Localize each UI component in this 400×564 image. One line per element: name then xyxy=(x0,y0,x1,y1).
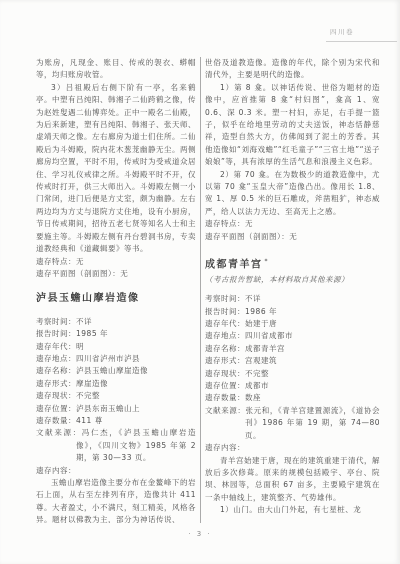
meta-row-era: 遗存年代：明 xyxy=(36,341,196,353)
meta-row-form: 遗存形式：摩崖造像 xyxy=(36,378,196,390)
meta-row-survey-time: 考察时间：不详 xyxy=(205,293,380,305)
meta-row-name: 遗存名称：泸县玉蟾山摩崖造像 xyxy=(36,365,196,377)
meta-row-form: 遗存形式：宫观建筑 xyxy=(205,355,380,367)
section-asterisk: * xyxy=(265,258,270,265)
running-header-title: 四川卷 xyxy=(330,27,354,36)
list-item-1: 1）第 8 龛。以神话传说、世俗为题材的造像中，应首推第 8 龛“村妇图”，龛高… xyxy=(205,82,380,169)
meta-row-quantity: 遗存数量：411 尊 xyxy=(36,415,196,427)
meta-row-condition: 遗存现状：不完整 xyxy=(36,390,196,402)
meta-row-condition: 遗存现状：不完整 xyxy=(205,368,380,380)
plan-line: 遗存平面图（剖面图）：无 xyxy=(36,268,196,280)
meta-row-source: 文献来源：冯仁杰，《泸县玉蟾山摩岩造像》，《四川文物》1985 年第 2 期，第… xyxy=(36,427,196,464)
section-title-text: 成都青羊宫 xyxy=(205,259,263,270)
left-column: 为账房，凡现金、账目、传戒的袈衣、蟒帽等，均归账房收管。 3）吕祖殿后右侧下阶有… xyxy=(36,57,196,523)
right-column: 世俗及道教造像。造像的年代，除个别为宋代和清代外，主要是明代的造像。 1）第 8… xyxy=(205,57,380,523)
section-title-qingyanggong: 成都青羊宫* xyxy=(205,256,380,272)
plan-line: 遗存平面图（剖面图）：无 xyxy=(205,231,380,243)
features-line: 遗存特点：无 xyxy=(36,256,196,268)
meta-row-quantity: 遗存数量：数座 xyxy=(205,392,380,404)
content-paragraph: 玉蟾山摩岩造像主要分布在金鳌峰下的岩石上面，从右至左排列有序，造像共计 411 … xyxy=(36,477,196,523)
page-number: · 3 · xyxy=(0,530,400,538)
book-page: 四川卷 为账房，凡现金、账目、传戒的袈衣、蟒帽等，均归账房收管。 3）吕祖殿后右… xyxy=(0,0,400,564)
section-note: （考古报告暂缺，本材料取自其他来源） xyxy=(205,274,380,286)
paragraph-continuation: 为账房，凡现金、账目、传戒的袈衣、蟒帽等，均归账房收管。 xyxy=(36,57,196,82)
running-header-rule xyxy=(326,41,397,42)
meta-row-position: 遗存位置：成都市 xyxy=(205,380,380,392)
meta-row-name: 遗存名称：成都青羊宫 xyxy=(205,343,380,355)
list-item-2: 2）第 70 龛。在为数极少的道教造像中，尤以第 70 龛“玉皇大帝”造像凸出。… xyxy=(205,169,380,219)
metadata-list: 考察时间：不详 报告时间：1985 年 遗存年代：明 遗存地点：四川省泸州市泸县… xyxy=(36,316,196,465)
text-columns: 为账房，凡现金、账目、传戒的袈衣、蟒帽等，均归账房收管。 3）吕祖殿后右侧下阶有… xyxy=(36,57,380,523)
column-divider xyxy=(200,57,201,523)
meta-row-survey-time: 考察时间：不详 xyxy=(36,316,196,328)
content-label: 遗存内容： xyxy=(36,465,196,477)
meta-row-location: 遗存地点：四川省成都市 xyxy=(205,330,380,342)
metadata-list: 考察时间：不详 报告时间：1986 年 遗存年代：始建于唐 遗存地点：四川省成都… xyxy=(205,293,380,442)
content-paragraph: 青羊宫始建于唐，现在的建筑重建于清代，解放后多次修葺。原来的规模包括殿宇、亭台、… xyxy=(205,455,380,505)
meta-row-position: 遗存位置：泸县东南玉蟾山上 xyxy=(36,403,196,415)
section-title-luxian: 泸县玉蟾山摩岩造像 xyxy=(36,293,196,305)
meta-row-report-time: 报告时间：1985 年 xyxy=(36,328,196,340)
content-label: 遗存内容： xyxy=(205,442,380,454)
paragraph-continuation: 世俗及道教造像。造像的年代，除个别为宋代和清代外，主要是明代的造像。 xyxy=(205,57,380,82)
meta-row-source: 文献来源：张元和，《青羊宫建置源流》，《道协会刊》1986 年第 19 期，第 … xyxy=(205,405,380,442)
content-paragraph-shanmen: 1）山门。由大山门外起，有七星桩、龙 xyxy=(205,504,380,516)
meta-row-location: 遗存地点：四川省泸州市泸县 xyxy=(36,353,196,365)
meta-row-era: 遗存年代：始建于唐 xyxy=(205,318,380,330)
meta-row-report-time: 报告时间：1986 年 xyxy=(205,306,380,318)
list-item-3: 3）吕祖殿后右侧下阶有一亭，名来鹤亭。中塑有吕纯阳、韩湘子二仙跨鹤之像，传为赵姓… xyxy=(36,82,196,256)
features-line: 遗存特点：无 xyxy=(205,218,380,230)
